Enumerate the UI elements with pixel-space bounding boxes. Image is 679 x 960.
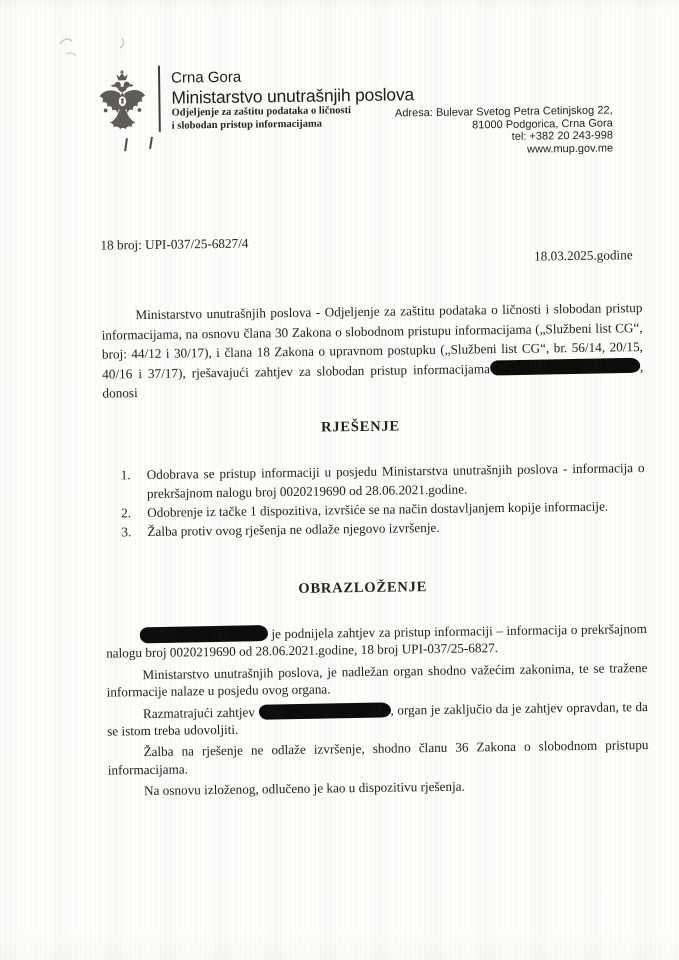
letterhead-titles: Crna Gora Ministarstvo unutrašnjih poslo… <box>171 60 415 132</box>
intro-paragraph: Ministarstvo unutrašnjih poslova - Odjel… <box>101 298 643 404</box>
letterhead-divider <box>158 66 161 132</box>
coat-of-arms-icon <box>94 64 151 139</box>
resolution-heading: RJEŠENJE <box>90 415 631 440</box>
item-number: 1. <box>104 465 148 504</box>
pencil-scribble-artifact <box>52 28 172 70</box>
item-number: 2. <box>104 503 147 523</box>
document-content: Crna Gora Ministarstvo unutrašnjih poslo… <box>0 0 679 960</box>
paragraph-text: Razmatrajući zahtjev <box>143 704 259 721</box>
explanation-section: je podnijela zahtjev za pristup informac… <box>106 620 649 804</box>
explanation-paragraph-2: Ministarstvo unutrašnjih poslova, je nad… <box>106 659 647 701</box>
explanation-paragraph-5: Na osnovu izloženog, odlučeno je kao u d… <box>108 775 649 800</box>
pen-tick-artifacts <box>122 136 156 152</box>
scanned-document-page: Crna Gora Ministarstvo unutrašnjih poslo… <box>0 0 679 960</box>
explanation-paragraph-3: Razmatrajući zahtjev , organ je zaključi… <box>107 698 648 740</box>
ministry-name: Ministarstvo unutrašnjih poslova <box>171 84 414 107</box>
explanation-paragraph-4: Žalba na rješenje ne odlaže izvršenje, s… <box>107 736 648 778</box>
reference-number: 18 broj: UPI-037/25-6827/4 <box>100 236 248 254</box>
department-line-2: i slobodan pristup informacijama <box>172 117 415 133</box>
redaction-bar <box>258 702 390 720</box>
letterhead: Crna Gora Ministarstvo unutrašnjih poslo… <box>94 60 415 138</box>
contact-block: Adresa: Bulevar Svetog Petra Cetinjskog … <box>395 104 613 157</box>
address-website: www.mup.gov.me <box>395 142 613 158</box>
explanation-heading: OBRAZLOŽENJE <box>92 576 633 601</box>
explanation-paragraph-1: je podnijela zahtjev za pristup informac… <box>106 620 647 662</box>
redaction-bar <box>140 625 268 643</box>
redaction-bar <box>490 357 640 375</box>
resolution-list: 1. Odobrava se pristup informaciji u pos… <box>104 458 646 542</box>
item-number: 3. <box>104 522 147 542</box>
document-date: 18.03.2025.godine <box>534 247 633 264</box>
